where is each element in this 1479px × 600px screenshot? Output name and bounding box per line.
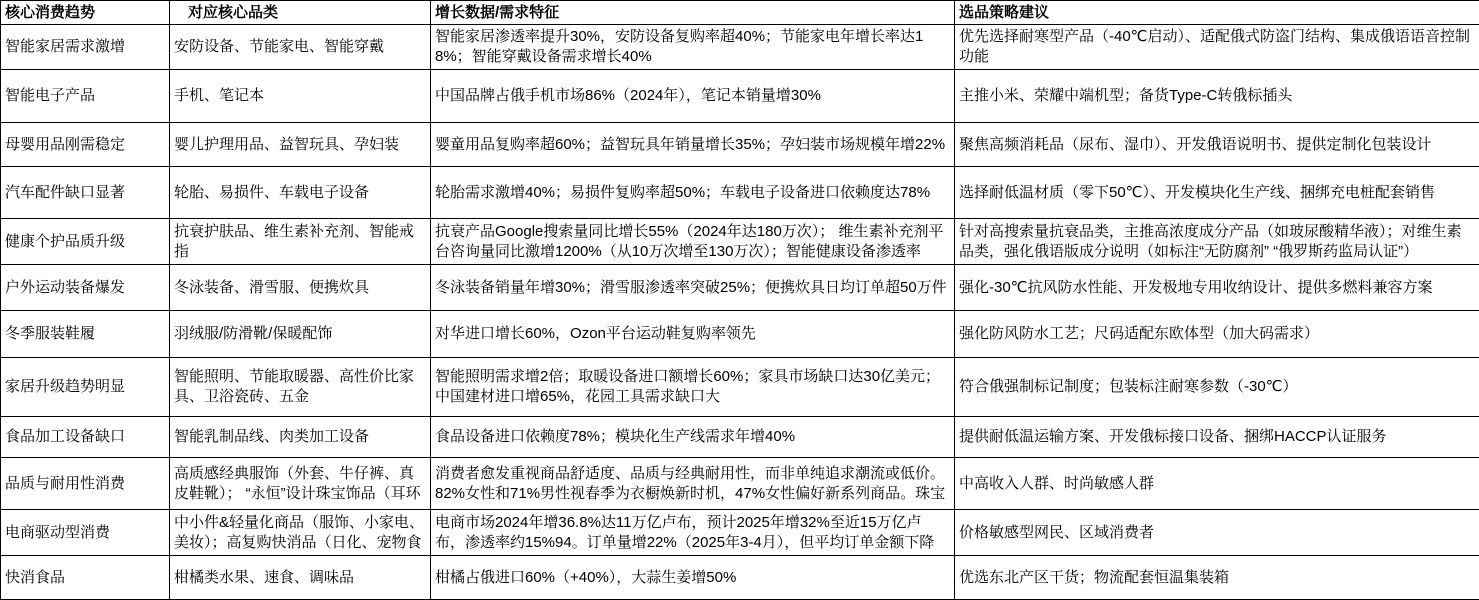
column-header-growth: 增长数据/需求特征: [431, 1, 955, 25]
cell-r11-c3: 电商市场2024年增36.8%达11万亿卢布，预计2025年增32%至近15万亿…: [431, 510, 955, 556]
column-header-trend: 核心消费趋势: [1, 1, 170, 25]
cell-r9-c2: 智能乳制品线、肉类加工设备: [170, 417, 431, 458]
header-row: 核心消费趋势对应核心品类增长数据/需求特征选品策略建议: [1, 1, 1479, 25]
cell-r10-c1: 品质与耐用性消费: [1, 458, 170, 510]
cell-r7-c1: 冬季服装鞋履: [1, 311, 170, 358]
cell-r9-c3: 食品设备进口依赖度78%；模块化生产线需求年增40%: [431, 417, 955, 458]
table-row: 母婴用品刚需稳定婴儿护理用品、益智玩具、孕妇装婴童用品复购率超60%；益智玩具年…: [1, 123, 1479, 167]
cell-r10-c3: 消费者愈发重视商品舒适度、品质与经典耐用性，而非单纯追求潮流或低价。82%女性和…: [431, 458, 955, 510]
cell-r6-c3: 冬泳装备销量年增30%；滑雪服渗透率突破25%；便携炊具日均订单超50万件: [431, 265, 955, 311]
cell-r4-c1: 汽车配件缺口显著: [1, 167, 170, 219]
cell-r1-c3: 智能家居渗透率提升30%，安防设备复购率超40%；节能家电年增长率达18%；智能…: [431, 25, 955, 70]
table-row: 家居升级趋势明显智能照明、节能取暖器、高性价比家具、卫浴瓷砖、五金智能照明需求增…: [1, 358, 1479, 417]
cell-r3-c1: 母婴用品刚需稳定: [1, 123, 170, 167]
cell-r5-c4: 针对高搜索量抗衰品类，主推高浓度成分产品（如玻尿酸精华液）；对维生素品类，强化俄…: [955, 219, 1479, 265]
cell-r5-c2: 抗衰护肤品、维生素补充剂、智能戒指: [170, 219, 431, 265]
cell-r3-c3: 婴童用品复购率超60%；益智玩具年销量增长35%；孕妇装市场规模年增22%: [431, 123, 955, 167]
cell-r11-c2: 中小件&轻量化商品（服饰、小家电、美妆）；高复购快消品（日化、宠物食: [170, 510, 431, 556]
cell-r12-c4: 优选东北产区干货；物流配套恒温集装箱: [955, 556, 1479, 600]
cell-r6-c1: 户外运动装备爆发: [1, 265, 170, 311]
table-header: 核心消费趋势对应核心品类增长数据/需求特征选品策略建议: [1, 1, 1479, 25]
cell-r9-c4: 提供耐低温运输方案、开发俄标接口设备、捆绑HACCP认证服务: [955, 417, 1479, 458]
table-row: 健康个护品质升级抗衰护肤品、维生素补充剂、智能戒指抗衰产品Google搜索量同比…: [1, 219, 1479, 265]
cell-r2-c3: 中国品牌占俄手机市场86%（2024年），笔记本销量增30%: [431, 70, 955, 123]
cell-r8-c1: 家居升级趋势明显: [1, 358, 170, 417]
cell-r4-c3: 轮胎需求激增40%；易损件复购率超50%；车载电子设备进口依赖度达78%: [431, 167, 955, 219]
table-row: 智能电子产品手机、笔记本中国品牌占俄手机市场86%（2024年），笔记本销量增3…: [1, 70, 1479, 123]
cell-r4-c4: 选择耐低温材质（零下50℃）、开发模块化生产线、捆绑充电桩配套销售: [955, 167, 1479, 219]
cell-r3-c2: 婴儿护理用品、益智玩具、孕妇装: [170, 123, 431, 167]
cell-r8-c4: 符合俄强制标记制度；包装标注耐寒参数（-30℃）: [955, 358, 1479, 417]
cell-r10-c2: 高质感经典服饰（外套、牛仔裤、真皮鞋靴）； “永恒”设计珠宝饰品（耳环: [170, 458, 431, 510]
table-row: 食品加工设备缺口智能乳制品线、肉类加工设备食品设备进口依赖度78%；模块化生产线…: [1, 417, 1479, 458]
cell-r2-c2: 手机、笔记本: [170, 70, 431, 123]
consumption-trend-table: 核心消费趋势对应核心品类增长数据/需求特征选品策略建议 智能家居需求激增安防设备…: [0, 0, 1479, 600]
cell-r9-c1: 食品加工设备缺口: [1, 417, 170, 458]
table-row: 汽车配件缺口显著轮胎、易损件、车载电子设备轮胎需求激增40%；易损件复购率超50…: [1, 167, 1479, 219]
cell-r12-c1: 快消食品: [1, 556, 170, 600]
cell-r4-c2: 轮胎、易损件、车载电子设备: [170, 167, 431, 219]
column-header-strategy: 选品策略建议: [955, 1, 1479, 25]
cell-r7-c4: 强化防风防水工艺；尺码适配东欧体型（加大码需求）: [955, 311, 1479, 358]
column-header-category: 对应核心品类: [170, 1, 431, 25]
table-body: 智能家居需求激增安防设备、节能家电、智能穿戴智能家居渗透率提升30%，安防设备复…: [1, 25, 1479, 600]
cell-r1-c1: 智能家居需求激增: [1, 25, 170, 70]
cell-r10-c4: 中高收入人群、时尚敏感人群: [955, 458, 1479, 510]
table-row: 电商驱动型消费中小件&轻量化商品（服饰、小家电、美妆）；高复购快消品（日化、宠物…: [1, 510, 1479, 556]
cell-r6-c2: 冬泳装备、滑雪服、便携炊具: [170, 265, 431, 311]
table-row: 快消食品柑橘类水果、速食、调味品柑橘占俄进口60%（+40%），大蒜生姜增50%…: [1, 556, 1479, 600]
cell-r1-c2: 安防设备、节能家电、智能穿戴: [170, 25, 431, 70]
cell-r7-c3: 对华进口增长60%，Ozon平台运动鞋复购率领先: [431, 311, 955, 358]
cell-r1-c4: 优先选择耐寒型产品（-40℃启动）、适配俄式防盗门结构、集成俄语语音控制功能: [955, 25, 1479, 70]
table-row: 冬季服装鞋履羽绒服/防滑靴/保暖配饰对华进口增长60%，Ozon平台运动鞋复购率…: [1, 311, 1479, 358]
cell-r11-c1: 电商驱动型消费: [1, 510, 170, 556]
cell-r5-c1: 健康个护品质升级: [1, 219, 170, 265]
table-row: 户外运动装备爆发冬泳装备、滑雪服、便携炊具冬泳装备销量年增30%；滑雪服渗透率突…: [1, 265, 1479, 311]
cell-r6-c4: 强化-30℃抗风防水性能、开发极地专用收纳设计、提供多燃料兼容方案: [955, 265, 1479, 311]
cell-r8-c2: 智能照明、节能取暖器、高性价比家具、卫浴瓷砖、五金: [170, 358, 431, 417]
cell-r5-c3: 抗衰产品Google搜索量同比增长55%（2024年达180万次）； 维生素补充…: [431, 219, 955, 265]
cell-r12-c2: 柑橘类水果、速食、调味品: [170, 556, 431, 600]
cell-r2-c1: 智能电子产品: [1, 70, 170, 123]
cell-r12-c3: 柑橘占俄进口60%（+40%），大蒜生姜增50%: [431, 556, 955, 600]
cell-r7-c2: 羽绒服/防滑靴/保暖配饰: [170, 311, 431, 358]
cell-r3-c4: 聚焦高频消耗品（尿布、湿巾）、开发俄语说明书、提供定制化包装设计: [955, 123, 1479, 167]
cell-r2-c4: 主推小米、荣耀中端机型；备货Type-C转俄标插头: [955, 70, 1479, 123]
cell-r11-c4: 价格敏感型网民、区域消费者: [955, 510, 1479, 556]
cell-r8-c3: 智能照明需求增2倍；取暖设备进口额增长60%；家具市场缺口达30亿美元；中国建材…: [431, 358, 955, 417]
table-row: 品质与耐用性消费高质感经典服饰（外套、牛仔裤、真皮鞋靴）； “永恒”设计珠宝饰品…: [1, 458, 1479, 510]
table-row: 智能家居需求激增安防设备、节能家电、智能穿戴智能家居渗透率提升30%，安防设备复…: [1, 25, 1479, 70]
